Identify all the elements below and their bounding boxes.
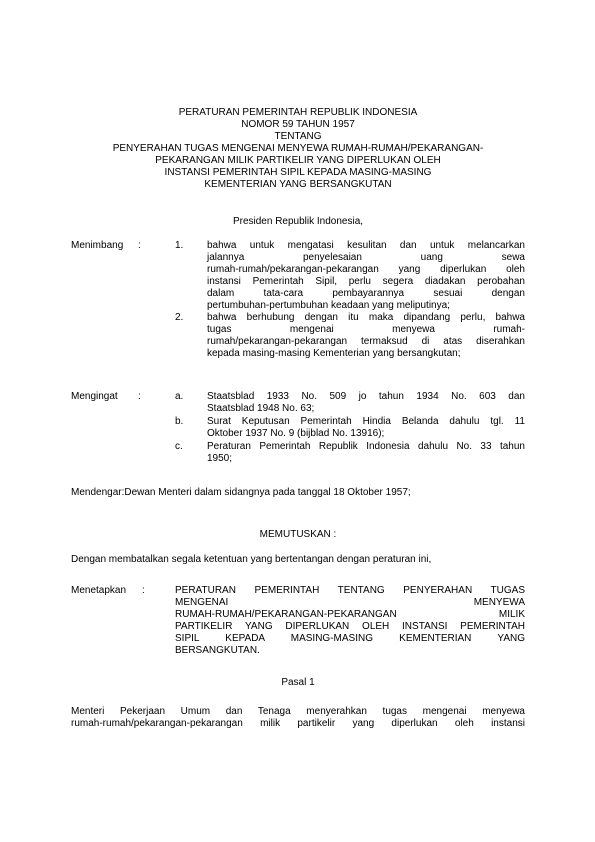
text-line: 1950; [207, 453, 525, 465]
item-number: 1. [175, 240, 183, 252]
item-number: 2. [175, 312, 183, 324]
text-line: Mendengar:Dewan Menteri dalam sidangnya … [71, 487, 525, 499]
mendengar-line: Mendengar:Dewan Menteri dalam sidangnya … [71, 487, 525, 499]
president-line: Presiden Republik Indonesia, [71, 216, 525, 228]
item-letter: c. [175, 441, 183, 453]
pasal-1-heading: Pasal 1 [71, 677, 525, 689]
text-line: MENGENAI MENYEWA [175, 597, 525, 609]
menimbang-colon: : [138, 240, 141, 252]
title-line: PEKARANGAN MILIK PARTIKELIR YANG DIPERLU… [71, 155, 525, 167]
text-line: dalam tata-cara pembayarannya sesuai den… [207, 288, 525, 300]
text-line: Staatsblad 1948 No. 63; [207, 403, 525, 415]
mengingat-item-a: Staatsblad 1933 No. 509 jo tahun 1934 No… [207, 391, 525, 415]
title-line: TENTANG [71, 131, 525, 143]
mengingat-item-c: Peraturan Pemerintah Republik Indonesia … [207, 441, 525, 465]
text-line: tugas mengenai menyewa rumah- [207, 324, 525, 336]
text-line: jalannya penyelesaian uang sewa [207, 252, 525, 264]
text-line: Dengan membatalkan segala ketentuan yang… [71, 554, 525, 566]
title-line: PENYERAHAN TUGAS MENGENAI MENYEWA RUMAH-… [71, 143, 525, 155]
text-line: Menteri Pekerjaan Umum dan Tenaga menyer… [71, 706, 525, 718]
menetapkan-colon: : [142, 585, 145, 597]
menimbang-label: Menimbang [71, 240, 123, 252]
title-line: PERATURAN PEMERINTAH REPUBLIK INDONESIA [71, 107, 525, 119]
text-line: rumah-rumah/pekarangan-pekarangan yang d… [207, 264, 525, 276]
text-line: rumah/pekarangan-pekarangan termaksud di… [207, 336, 525, 348]
title-line: KEMENTERIAN YANG BERSANGKUTAN [71, 179, 525, 191]
text-line: bahwa berhubung dengan itu maka dipandan… [207, 312, 525, 324]
memutuskan-heading: MEMUTUSKAN : [71, 529, 525, 541]
text-line: Peraturan Pemerintah Republik Indonesia … [207, 441, 525, 453]
mengingat-item-b: Surat Keputusan Pemerintah Hindia Beland… [207, 416, 525, 440]
mengingat-colon: : [138, 391, 141, 403]
document-page: PERATURAN PEMERINTAH REPUBLIK INDONESIA … [0, 0, 595, 842]
menetapkan-label: Menetapkan [71, 585, 126, 597]
text-line: PERATURAN PEMERINTAH TENTANG PENYERAHAN … [175, 585, 525, 597]
title-line: INSTANSI PEMERINTAH SIPIL KEPADA MASING-… [71, 167, 525, 179]
text-line: Surat Keputusan Pemerintah Hindia Beland… [207, 416, 525, 428]
dengan-line: Dengan membatalkan segala ketentuan yang… [71, 554, 525, 566]
text-line: pertumbuhan-pertumbuhan keadaan yang mel… [207, 300, 525, 312]
text-line: Staatsblad 1933 No. 509 jo tahun 1934 No… [207, 391, 525, 403]
item-letter: a. [175, 391, 183, 403]
text-line: Oktober 1937 No. 9 (bijblad No. 13916); [207, 428, 525, 440]
text-line: RUMAH-RUMAH/PEKARANGAN-PEKARANGAN MILIK [175, 609, 525, 621]
text-line: bahwa untuk mengatasi kesulitan dan untu… [207, 240, 525, 252]
regulation-title: PERATURAN PEMERINTAH REPUBLIK INDONESIA … [71, 107, 525, 191]
menimbang-item-1: bahwa untuk mengatasi kesulitan dan untu… [207, 240, 525, 312]
text-line: BERSANGKUTAN. [175, 645, 525, 657]
text-line: rumah-rumah/pekarangan-pekarangan milik … [71, 718, 525, 730]
title-line: NOMOR 59 TAHUN 1957 [71, 119, 525, 131]
text-line: PARTIKELIR YANG DIPERLUKAN OLEH INSTANSI… [175, 621, 525, 633]
pasal-1-body: Menteri Pekerjaan Umum dan Tenaga menyer… [71, 706, 525, 730]
menetapkan-body: PERATURAN PEMERINTAH TENTANG PENYERAHAN … [175, 585, 525, 657]
mengingat-label: Mengingat [71, 391, 118, 403]
text-line: kepada masing-masing Kementerian yang be… [207, 348, 525, 360]
menimbang-item-2: bahwa berhubung dengan itu maka dipandan… [207, 312, 525, 360]
text-line: SIPIL KEPADA MASING-MASING KEMENTERIAN Y… [175, 633, 525, 645]
text-line: instansi Pemerintah Sipil, perlu segera … [207, 276, 525, 288]
item-letter: b. [175, 416, 183, 428]
